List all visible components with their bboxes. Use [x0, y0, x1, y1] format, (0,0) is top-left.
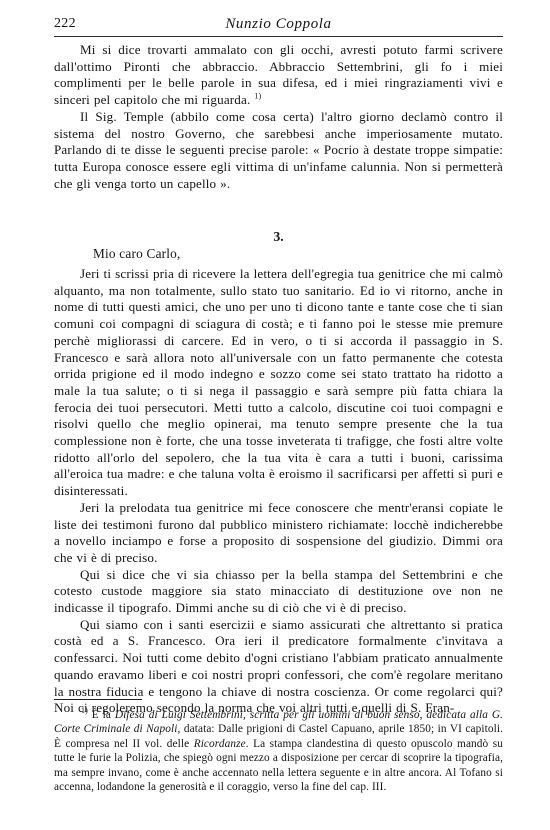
letter-number: 3.: [54, 229, 503, 245]
footnote-mark: 1): [81, 706, 88, 715]
letter-body: Jeri ti scrissi pria di ricevere la lett…: [54, 266, 503, 717]
paragraph: Jeri ti scrissi pria di ricevere la lett…: [54, 266, 503, 500]
letter-salutation: Mio caro Carlo,: [93, 246, 181, 262]
footnote-rule: [54, 699, 142, 700]
footnote-title-italic: Ricordanze: [194, 738, 246, 750]
footnote-text: È la: [88, 709, 115, 721]
paragraph: Jeri la prelodata tua genitrice mi fece …: [54, 500, 503, 567]
letter-continuation: Mi si dice trovarti ammalato con gli occ…: [54, 42, 503, 192]
paragraph-text: Mi si dice trovarti ammalato con gli occ…: [54, 42, 503, 107]
running-head-author: Nunzio Coppola: [54, 16, 503, 33]
paragraph: Qui siamo con i santi esercizii e siamo …: [54, 617, 503, 717]
paragraph: Qui si dice che vi sia chiasso per la be…: [54, 567, 503, 617]
paragraph: Il Sig. Temple (abbilo come cosa certa) …: [54, 109, 503, 193]
header-rule: [54, 36, 503, 37]
footnotes: 1) È la Difesa di Luigi Settembrini, scr…: [54, 708, 503, 794]
paragraph: Mi si dice trovarti ammalato con gli occ…: [54, 42, 503, 109]
footnote-reference: 1): [254, 92, 261, 101]
page-header: 222 Nunzio Coppola: [54, 16, 503, 34]
footnote: 1) È la Difesa di Luigi Settembrini, scr…: [54, 708, 503, 794]
